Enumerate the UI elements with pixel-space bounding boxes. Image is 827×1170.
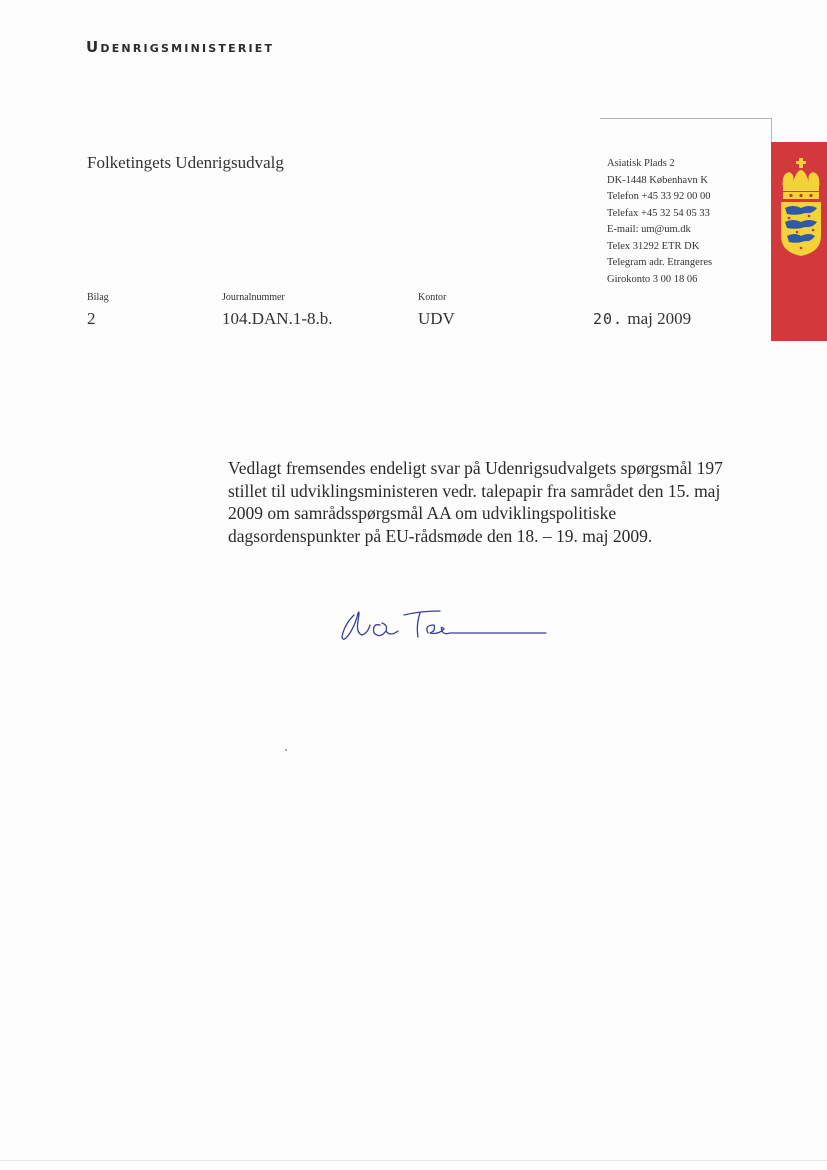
address-line: E-mail: um@um.dk [607, 222, 712, 239]
address-line: Telegram adr. Etrangeres [607, 255, 712, 272]
page-bottom-edge [0, 1160, 827, 1161]
kontor-value: UDV [418, 309, 455, 329]
header-divider [600, 118, 771, 119]
coat-of-arms-icon [779, 158, 823, 258]
header-divider-vertical [771, 118, 772, 142]
body-line: Vedlagt fremsendes endeligt svar på Uden… [228, 457, 748, 480]
scan-speck [285, 749, 287, 751]
body-line: 2009 om samrådsspørgsmål AA om udvikling… [228, 502, 748, 525]
body-line: dagsordenspunkter på EU-rådsmøde den 18.… [228, 525, 748, 548]
bilag-label: Bilag [87, 292, 109, 303]
address-line: Asiatisk Plads 2 [607, 156, 712, 173]
signature [340, 603, 555, 648]
letter-date: 20. maj 2009 [593, 309, 691, 329]
address-line: Telex 31292 ETR DK [607, 239, 712, 256]
address-line: DK-1448 København K [607, 173, 712, 190]
address-line: Telefax +45 32 54 05 33 [607, 206, 712, 223]
kontor-label: Kontor [418, 292, 446, 303]
recipient: Folketingets Udenrigsudvalg [87, 153, 284, 173]
body-line: stillet til udviklingsministeren vedr. t… [228, 480, 748, 503]
journal-value: 104.DAN.1-8.b. [222, 309, 333, 329]
address-line: Girokonto 3 00 18 06 [607, 272, 712, 289]
sender-address: Asiatisk Plads 2 DK-1448 København K Tel… [607, 156, 712, 288]
date-month-year: maj 2009 [627, 309, 691, 328]
letter-body: Vedlagt fremsendes endeligt svar på Uden… [228, 457, 748, 547]
ministry-name: Udenrigsministeriet [86, 38, 274, 56]
date-day: 20. [593, 310, 623, 328]
bilag-value: 2 [87, 309, 96, 329]
journal-label: Journalnummer [222, 292, 285, 303]
address-line: Telefon +45 33 92 00 00 [607, 189, 712, 206]
